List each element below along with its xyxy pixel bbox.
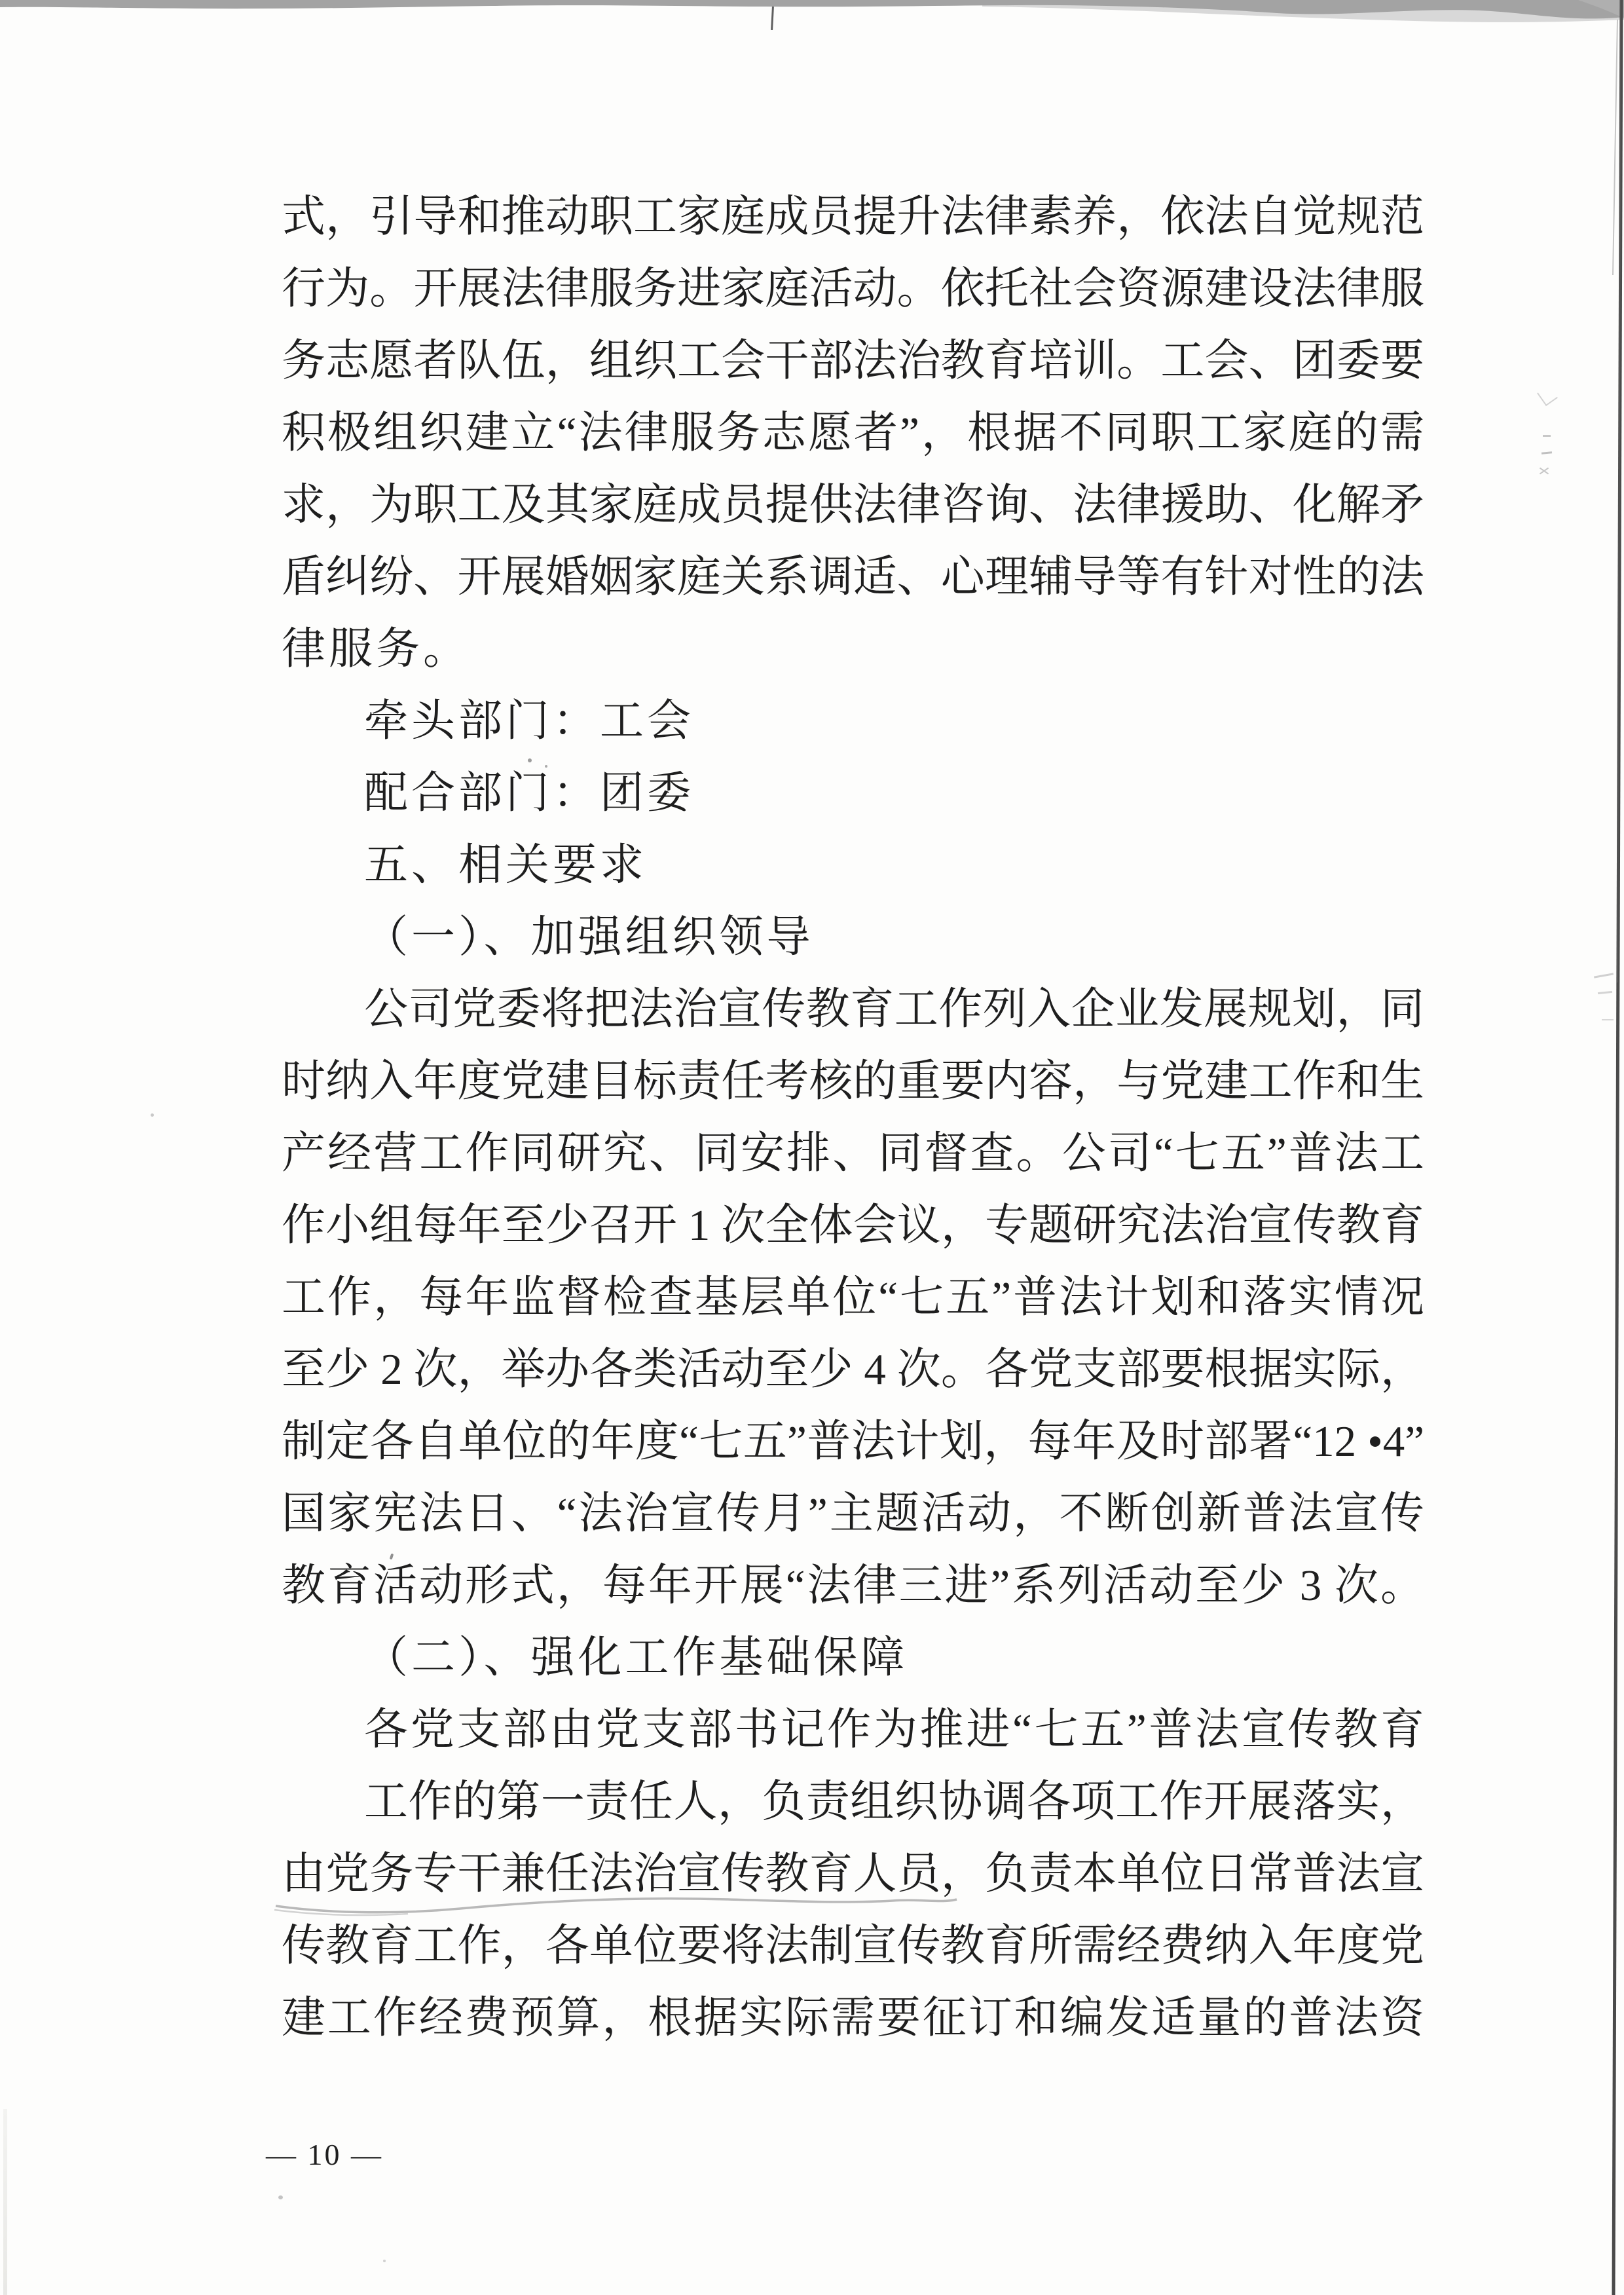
body-line: 求，为职工及其家庭成员提供法律咨询、法律援助、化解矛 (282, 469, 1424, 541)
body-line: 工作的第一责任人，负责组织协调各项工作开展落实， (282, 1766, 1424, 1838)
document-text: 式，引导和推动职工家庭成员提升法律素养，依法自觉规范 行为。开展法律服务进家庭活… (282, 181, 1424, 2054)
body-line: 产经营工作同研究、同安排、同督查。公司“七五”普法工 (282, 1117, 1424, 1189)
scan-speck-artifact (528, 758, 532, 762)
lead-department-line: 牵头部门：工会 (282, 685, 1424, 757)
pencil-marks-artifact (1535, 388, 1561, 486)
pencil-mark (1602, 1019, 1614, 1020)
subsection-heading: （一）、加强组织领导 (282, 901, 1424, 973)
body-line: 行为。开展法律服务进家庭活动。依托社会资源建设法律服 (282, 253, 1424, 325)
scan-speck-artifact (151, 1113, 154, 1117)
support-department-line: 配合部门：团委 (282, 757, 1424, 829)
scan-speck-artifact (383, 2260, 386, 2262)
body-line: 积极组织建立“法律服务志愿者”，根据不同职工家庭的需 (282, 397, 1424, 469)
body-line: 教育活动形式，每年开展“法律三进”系列活动至少 3 次。 (282, 1550, 1424, 1622)
body-line: 国家宪法日、“法治宣传月”主题活动，不断创新普法宣传 (282, 1478, 1424, 1550)
pencil-mark (1598, 991, 1612, 994)
body-line: 至少 2 次，举办各类活动至少 4 次。各党支部要根据实际， (282, 1334, 1424, 1406)
body-line: 公司党委将把法治宣传教育工作列入企业发展规划，同 (282, 973, 1424, 1045)
scan-speck-artifact (545, 765, 547, 768)
pencil-mark (1541, 451, 1552, 454)
subsection-heading: （二）、强化工作基础保障 (282, 1622, 1424, 1694)
scan-streak-artifact (3, 2109, 7, 2295)
body-line: 作小组每年至少召开 1 次全体会议，专题研究法治宣传教育 (282, 1189, 1424, 1261)
edge-scribbles-artifact (1591, 975, 1624, 1034)
section-heading: 五、相关要求 (282, 829, 1424, 901)
body-line: 工作，每年监督检查基层单位“七五”普法计划和落实情况 (282, 1261, 1424, 1334)
pencil-mark (1537, 385, 1558, 406)
body-line: 式，引导和推动职工家庭成员提升法律素养，依法自觉规范 (282, 181, 1424, 253)
scan-right-edge-artifact (1598, 0, 1624, 2295)
body-line: 各党支部由党支部书记作为推进“七五”普法宣传教育 (282, 1694, 1424, 1766)
body-line: 时纳入年度党建目标责任考核的重要内容，与党建工作和生 (282, 1045, 1424, 1117)
page-number: — 10 — (266, 2136, 383, 2173)
pencil-mark (1543, 435, 1551, 437)
body-line: 建工作经费预算，根据实际需要征订和编发适量的普法资 (282, 1982, 1424, 2054)
body-line: 盾纠纷、开展婚姻家庭关系调适、心理辅导等有针对性的法 (282, 541, 1424, 613)
body-line: 制定各自单位的年度“七五”普法计划，每年及时部署“12 •4” (282, 1406, 1424, 1478)
body-line: 务志愿者队伍，组织工会干部法治教育培训。工会、团委要 (282, 325, 1424, 397)
scan-top-edge-artifact (0, 0, 1624, 30)
body-line: 律服务。 (282, 613, 1424, 685)
scan-speck-artifact (278, 2195, 283, 2199)
pen-underline-mark (270, 1889, 965, 1931)
scanned-document-page: 式，引导和推动职工家庭成员提升法律素养，依法自觉规范 行为。开展法律服务进家庭活… (0, 0, 1624, 2295)
